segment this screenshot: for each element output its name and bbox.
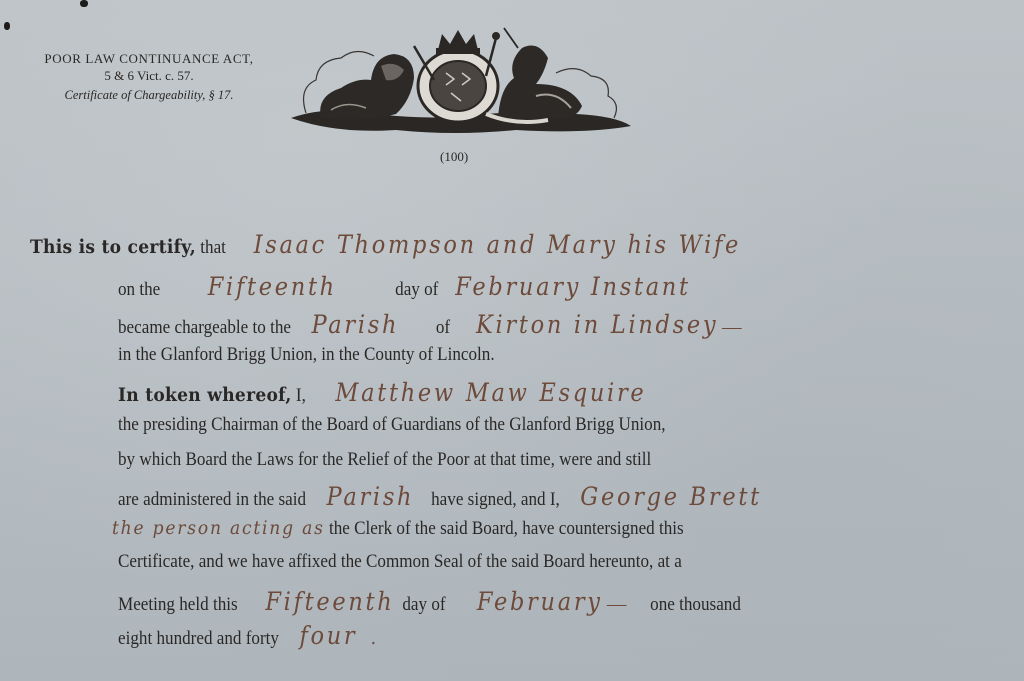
certificate-type: Certificate of Chargeability, § 17. — [14, 87, 284, 104]
ink-speck — [80, 0, 88, 7]
hw-month: February Instant — [455, 272, 691, 301]
period: . — [371, 627, 378, 649]
flourish-dash — [606, 605, 626, 606]
ink-speck — [4, 22, 10, 30]
form-number: (100) — [440, 149, 468, 165]
hw-meeting-day: Fifteenth — [265, 587, 394, 616]
day-of-text: day of — [395, 279, 438, 300]
one-thousand-text: one thousand — [650, 594, 741, 615]
certify-line: This is to certify, that Isaac Thompson … — [30, 230, 741, 259]
statute-reference: 5 & 6 Vict. c. 57. — [14, 67, 284, 84]
chargeable-text: became chargeable to the — [118, 317, 291, 338]
hw-meeting-month: February — [477, 587, 603, 616]
year-line: eight hundred and forty four . — [118, 621, 378, 650]
signed-text: have signed, and I, — [431, 489, 560, 510]
royal-crest-icon — [286, 18, 636, 138]
certify-that: that — [200, 237, 226, 258]
clerk-text: the Clerk of the said Board, have counte… — [329, 518, 684, 539]
token-i: I, — [296, 385, 306, 406]
union-line: in the Glanford Brigg Union, in the Coun… — [118, 344, 495, 366]
administered-line: are administered in the said Parish have… — [118, 482, 762, 511]
act-title: POOR LAW CONTINUANCE ACT, — [14, 50, 284, 67]
laws-line: by which Board the Laws for the Relief o… — [118, 449, 651, 471]
meeting-text: Meeting held this — [118, 594, 238, 615]
year-text: eight hundred and forty — [118, 628, 279, 649]
on-the-text: on the — [118, 279, 160, 300]
clerk-line: the person acting as the Clerk of the sa… — [112, 517, 684, 540]
chargeable-line: became chargeable to the Parish of Kirto… — [118, 310, 742, 339]
act-header: POOR LAW CONTINUANCE ACT, 5 & 6 Vict. c.… — [14, 50, 284, 104]
hw-pauper-names: Isaac Thompson and Mary his Wife — [254, 230, 741, 259]
hw-day: Fifteenth — [208, 272, 337, 301]
hw-chairman-name: Matthew Maw Esquire — [335, 378, 646, 407]
seal-line: Certificate, and we have affixed the Com… — [118, 551, 682, 573]
token-lead: In token whereof, — [118, 384, 292, 406]
chairman-line: the presiding Chairman of the Board of G… — [118, 414, 666, 436]
certify-lead: This is to certify, — [30, 236, 196, 258]
hw-year: four — [299, 621, 357, 650]
hw-clerk-name: George Brett — [580, 482, 762, 511]
flourish-dash — [722, 328, 742, 329]
token-line: In token whereof, I, Matthew Maw Esquire — [118, 378, 646, 407]
hw-place: Kirton in Lindsey — [476, 310, 718, 339]
administered-text: are administered in the said — [118, 489, 306, 510]
hw-parish: Parish — [311, 310, 399, 339]
hw-parish-2: Parish — [327, 482, 415, 511]
meeting-line: Meeting held this Fifteenth day of Febru… — [118, 587, 741, 616]
day-of-text-2: day of — [402, 594, 445, 615]
date-line: on the Fifteenth day of February Instant — [118, 272, 691, 301]
of-text: of — [436, 317, 450, 338]
hw-clerk-role: the person acting as — [112, 517, 325, 539]
